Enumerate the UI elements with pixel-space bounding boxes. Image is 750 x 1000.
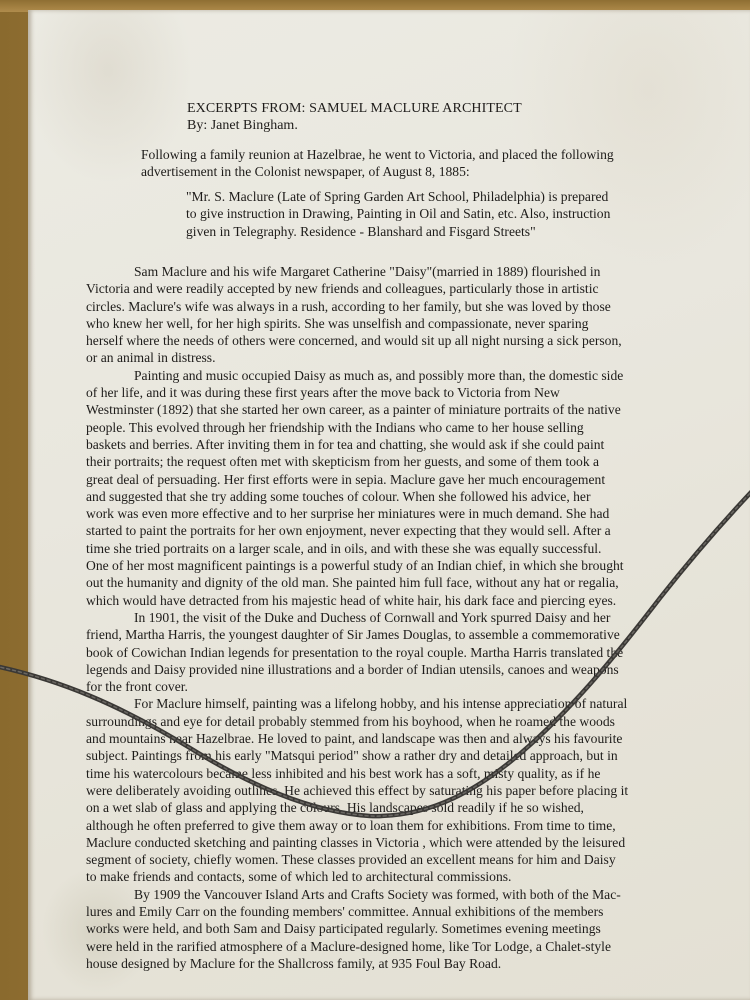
text-line: work was even more effective and to her …	[86, 505, 698, 522]
text-line: Sam Maclure and his wife Margaret Cather…	[86, 263, 698, 280]
text-line: given in Telegraphy. Residence - Blansha…	[186, 223, 696, 240]
body-paragraph: In 1901, the visit of the Duke and Duche…	[86, 609, 698, 695]
text-line: Maclure conducted sketching and painting…	[86, 834, 698, 851]
text-line: advertisement in the Colonist newspaper,…	[141, 163, 701, 180]
document-byline: By: Janet Bingham.	[187, 117, 298, 134]
text-line: In 1901, the visit of the Duke and Duche…	[86, 609, 698, 626]
text-line: of her life, and it was during these fir…	[86, 384, 698, 401]
text-line: For Maclure himself, painting was a life…	[86, 695, 698, 712]
text-line: their portraits; the request often met w…	[86, 453, 698, 470]
text-line: works were held, and both Sam and Daisy …	[86, 920, 698, 937]
body-paragraph: Sam Maclure and his wife Margaret Cather…	[86, 263, 698, 367]
text-line: baskets and berries. After inviting them…	[86, 436, 698, 453]
text-line: were held in the rarified atmosphere of …	[86, 938, 698, 955]
text-line: surroundings and eye for detail probably…	[86, 713, 698, 730]
text-line: which would have detracted from his maje…	[86, 592, 698, 609]
text-line: herself where the needs of others were c…	[86, 332, 698, 349]
text-line: Westminster (1892) that she started her …	[86, 401, 698, 418]
text-line: circles. Maclure's wife was always in a …	[86, 298, 698, 315]
text-line: great deal of persuading. Her first effo…	[86, 471, 698, 488]
text-line: "Mr. S. Maclure (Late of Spring Garden A…	[186, 188, 696, 205]
text-line: to make friends and contacts, some of wh…	[86, 868, 698, 885]
body-paragraph: By 1909 the Vancouver Island Arts and Cr…	[86, 886, 698, 972]
document-title: EXCERPTS FROM: SAMUEL MACLURE ARCHITECT	[187, 100, 522, 117]
text-line: lures and Emily Carr on the founding mem…	[86, 903, 698, 920]
text-line: for the front cover.	[86, 678, 698, 695]
intro-paragraph: Following a family reunion at Hazelbrae,…	[141, 146, 701, 181]
text-line: house designed by Maclure for the Shallc…	[86, 955, 698, 972]
text-line: subject. Paintings from his early "Matsq…	[86, 747, 698, 764]
text-line: friend, Martha Harris, the youngest daug…	[86, 626, 698, 643]
text-line: Victoria and were readily accepted by ne…	[86, 280, 698, 297]
text-line: Painting and music occupied Daisy as muc…	[86, 367, 698, 384]
body-paragraph: Painting and music occupied Daisy as muc…	[86, 367, 698, 609]
text-line: book of Cowichan Indian legends for pres…	[86, 644, 698, 661]
text-line: One of her most magnificent paintings is…	[86, 557, 698, 574]
text-line: time his watercolours became less inhibi…	[86, 765, 698, 782]
document-body: Sam Maclure and his wife Margaret Cather…	[86, 263, 698, 972]
text-line: started to paint the portraits for her o…	[86, 522, 698, 539]
text-line: who knew her well, for her high spirits.…	[86, 315, 698, 332]
text-line: segment of society, chiefly women. These…	[86, 851, 698, 868]
text-line: were deliberately avoiding outlines. He …	[86, 782, 698, 799]
text-line: to give instruction in Drawing, Painting…	[186, 205, 696, 222]
text-line: people. This evolved through her friends…	[86, 419, 698, 436]
text-line: By 1909 the Vancouver Island Arts and Cr…	[86, 886, 698, 903]
text-line: on a wet slab of glass and applying the …	[86, 799, 698, 816]
text-line: although he often preferred to give them…	[86, 817, 698, 834]
text-line: legends and Daisy provided nine illustra…	[86, 661, 698, 678]
text-line: out the humanity and dignity of the old …	[86, 574, 698, 591]
body-paragraph: For Maclure himself, painting was a life…	[86, 695, 698, 885]
text-line: Following a family reunion at Hazelbrae,…	[141, 146, 701, 163]
text-line: or an animal in distress.	[86, 349, 698, 366]
text-line: time she tried portraits on a larger sca…	[86, 540, 698, 557]
text-line: and mountains near Hazelbrae. He loved t…	[86, 730, 698, 747]
advertisement-quote: "Mr. S. Maclure (Late of Spring Garden A…	[186, 188, 696, 240]
text-line: and suggested that she try adding some t…	[86, 488, 698, 505]
